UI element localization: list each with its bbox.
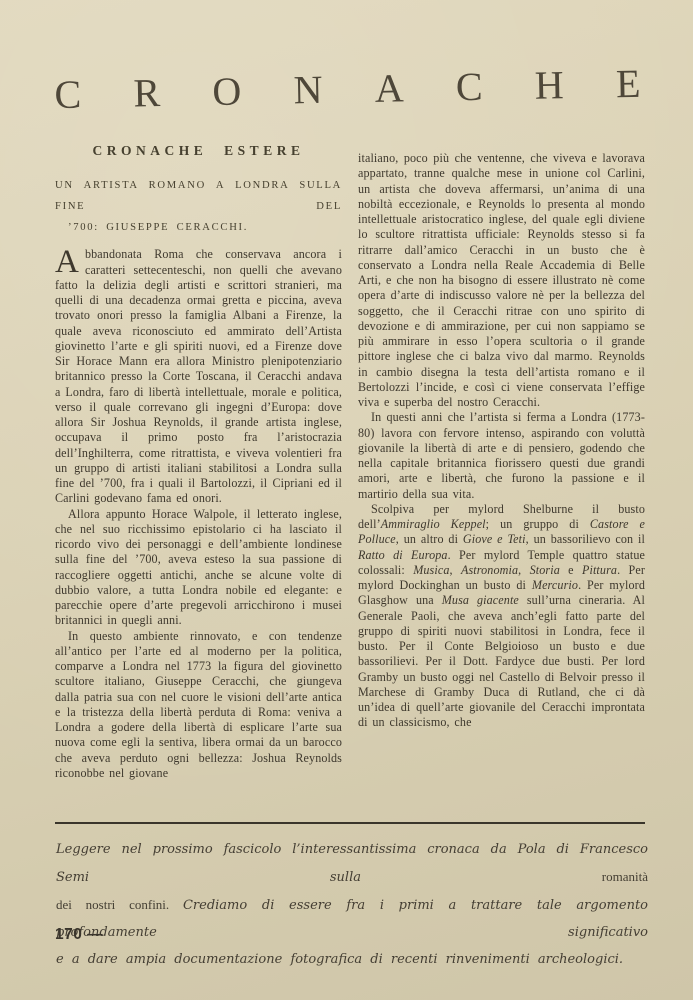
magazine-page: CRONACHE CRONACHE ESTERE UN ARTISTA ROMA…	[0, 0, 693, 1000]
paragraph: In questi anni che l’artista si ferma a …	[358, 410, 645, 502]
paragraph: Abbandonata Roma che conservava ancora i…	[55, 247, 342, 506]
column-right: italiano, poco più che ventenne, che viv…	[358, 151, 645, 731]
dropcap: A	[55, 247, 85, 275]
page-title: CRONACHE	[54, 59, 641, 118]
paragraph: Scolpiva per mylord Shelburne il busto d…	[358, 502, 645, 731]
divider-rule	[55, 822, 645, 824]
article-subtitle-line2: ’700: GIUSEPPE CERACCHI.	[55, 217, 342, 238]
page-number: 170 —	[55, 926, 103, 944]
section-title: CRONACHE ESTERE	[55, 143, 342, 158]
footer-note-line: Leggere nel prossimo fascicolo l’interes…	[56, 836, 648, 891]
footer-note: Leggere nel prossimo fascicolo l’interes…	[56, 836, 648, 973]
paragraph: Allora appunto Horace Walpole, il letter…	[55, 507, 342, 629]
footer-note-line: dei nostri confini. Crediamo di essere f…	[56, 891, 648, 946]
footer-note-line: e a dare ampia documentazione fotografic…	[56, 946, 648, 973]
paragraph: italiano, poco più che ventenne, che viv…	[358, 151, 645, 410]
paragraph-text: bbandonata Roma che conservava ancora i …	[55, 247, 342, 505]
column-left: CRONACHE ESTERE UN ARTISTA ROMANO A LOND…	[55, 143, 342, 781]
paragraph: In questo ambiente rinnovato, e con tend…	[55, 629, 342, 782]
article-subtitle-line1: UN ARTISTA ROMANO A LONDRA SULLA FINE DE…	[55, 175, 342, 217]
